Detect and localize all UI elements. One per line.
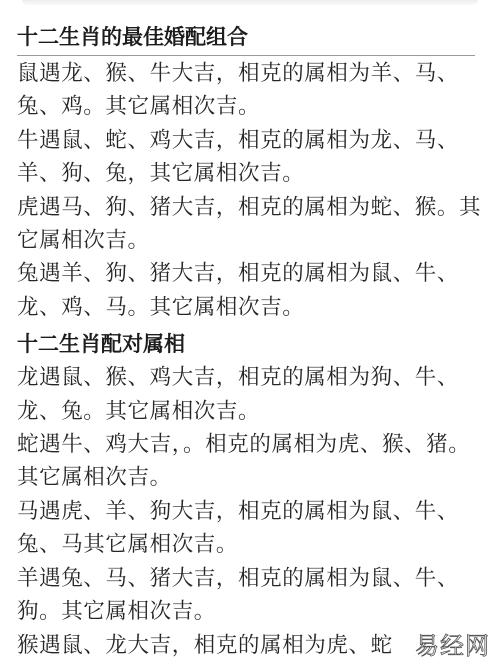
paragraph-goat: 羊遇兔、马、猪大吉，相克的属相为鼠、牛、狗。其它属相次吉。 [17, 562, 483, 629]
section-best-matches: 十二生肖的最佳婚配组合 鼠遇龙、猴、牛大吉，相克的属相为羊、马、兔、鸡。其它属相… [17, 22, 483, 324]
article-body: 十二生肖的最佳婚配组合 鼠遇龙、猴、牛大吉，相克的属相为羊、马、兔、鸡。其它属相… [17, 22, 483, 662]
site-watermark: 易经网 [413, 626, 492, 661]
paragraph-dragon: 龙遇鼠、猴、鸡大吉，相克的属相为狗、牛、龙、兔。其它属相次吉。 [17, 361, 483, 428]
paragraph-snake: 蛇遇牛、鸡大吉，。相克的属相为虎、猴、猪。其它属相次吉。 [17, 428, 483, 495]
section-heading: 十二生肖的最佳婚配组合 [17, 22, 475, 56]
paragraph-tiger: 虎遇马、狗、猪大吉，相克的属相为蛇、猴。其它属相次吉。 [17, 191, 483, 258]
paragraph-ox: 牛遇鼠、蛇、鸡大吉，相克的属相为龙、马、羊、狗、兔，其它属相次吉。 [17, 124, 483, 191]
section-heading: 十二生肖配对属相 [17, 328, 483, 361]
paragraph-rat: 鼠遇龙、猴、牛大吉，相克的属相为羊、马、兔、鸡。其它属相次吉。 [17, 57, 483, 124]
section-zodiac-pairing: 十二生肖配对属相 龙遇鼠、猴、鸡大吉，相克的属相为狗、牛、龙、兔。其它属相次吉。… [17, 328, 483, 662]
paragraph-horse: 马遇虎、羊、狗大吉，相克的属相为鼠、牛、兔、马其它属相次吉。 [17, 495, 483, 562]
top-card-edge [22, 0, 478, 5]
paragraph-rabbit: 兔遇羊、狗、猪大吉，相克的属相为鼠、牛、龙、鸡、马。其它属相次吉。 [17, 257, 483, 324]
